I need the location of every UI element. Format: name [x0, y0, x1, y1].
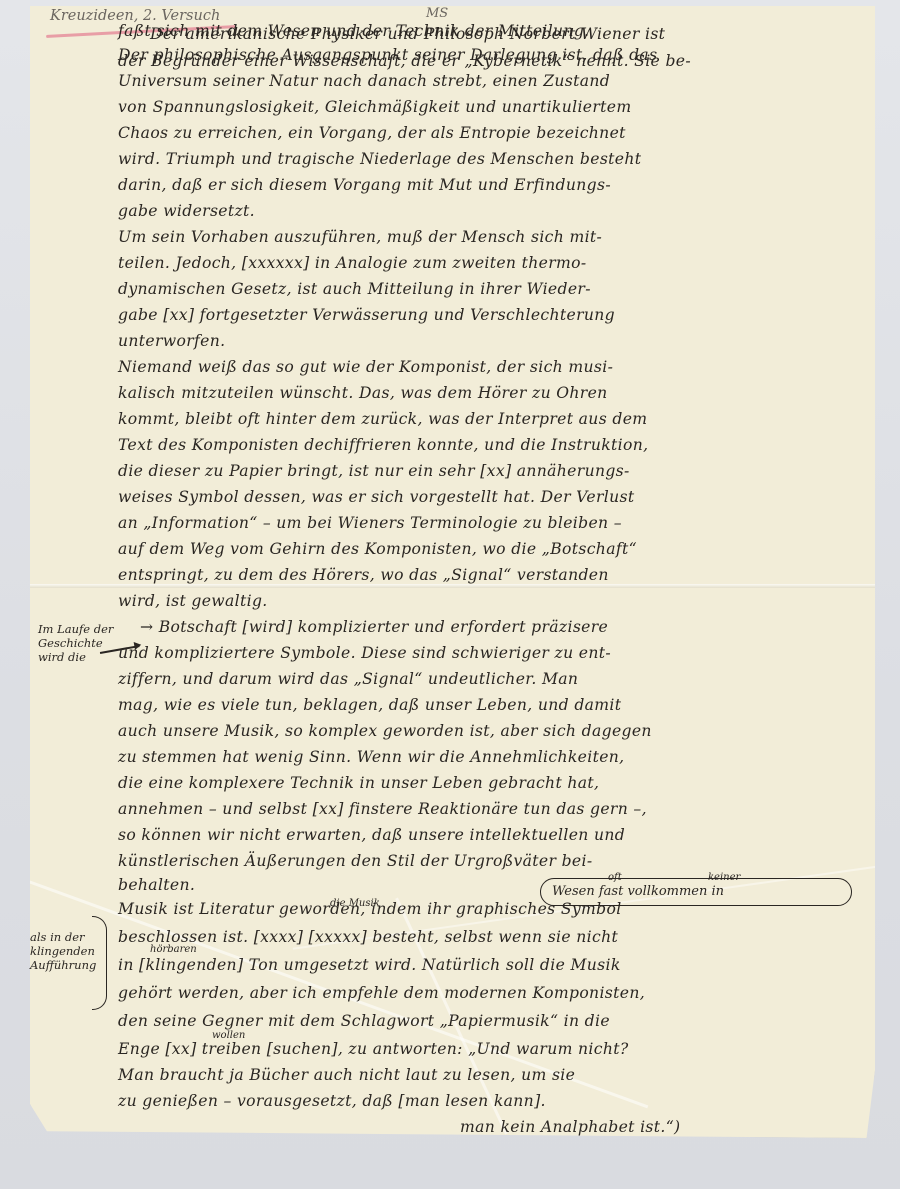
text-line: Der philosophische Ausgangspunkt seiner …	[118, 46, 657, 64]
text-line: zu genießen – vorausgesetzt, daß [man le…	[118, 1092, 546, 1110]
text-line: kalisch mitzuteilen wünscht. Das, was de…	[118, 384, 608, 402]
text-line: von Spannungslosigkeit, Gleichmäßigkeit …	[118, 98, 632, 116]
text-line: unterworfen.	[118, 332, 225, 350]
insertion-wollen: wollen	[212, 1030, 245, 1041]
text-line: künstlerischen Äußerungen den Stil der U…	[118, 852, 592, 870]
text-line: und kompliziertere Symbole. Diese sind s…	[118, 644, 611, 662]
text-line: Enge [xx] treiben [suchen], zu antworten…	[118, 1040, 629, 1058]
insertion-keiner: keiner	[708, 872, 740, 883]
text-line: gabe widersetzt.	[118, 202, 255, 220]
text-line: darin, daß er sich diesem Vorgang mit Mu…	[118, 176, 611, 194]
text-line: an „Information“ – um bei Wieners Termin…	[118, 514, 622, 532]
text-line: die dieser zu Papier bringt, ist nur ein…	[118, 462, 630, 480]
insertion-die-musik: die Musik	[330, 898, 380, 909]
text-line: Chaos zu erreichen, ein Vorgang, der als…	[118, 124, 626, 142]
insertion-text: Wesen fast vollkommen in	[552, 884, 724, 899]
text-line: in [klingenden] Ton umgesetzt wird. Natü…	[118, 956, 621, 974]
text-line: teilen. Jedoch, [xxxxxx] in Analogie zum…	[118, 254, 587, 272]
insertion-oft: oft	[608, 872, 622, 883]
text-line: zu stemmen hat wenig Sinn. Wenn wir die …	[118, 748, 625, 766]
text-line: die eine komplexere Technik in unser Leb…	[118, 774, 599, 792]
text-line: wird, ist gewaltig.	[118, 592, 268, 610]
text-line: auf dem Weg vom Gehirn des Komponisten, …	[118, 540, 637, 558]
text-line: ziffern, und darum wird das „Signal“ und…	[118, 670, 578, 688]
text-line: Niemand weiß das so gut wie der Komponis…	[118, 358, 613, 376]
text-line: gabe [xx] fortgesetzter Verwässerung und…	[118, 306, 615, 324]
text-line: gehört werden, aber ich empfehle dem mod…	[118, 984, 645, 1002]
text-line: weises Symbol dessen, was er sich vorges…	[118, 488, 634, 506]
text-line: dynamischen Gesetz, ist auch Mitteilung …	[118, 280, 591, 298]
archive-mark: MS	[426, 6, 448, 21]
margin-note-history: Im Laufe der Geschichte wird die	[38, 622, 116, 664]
text-line: auch unsere Musik, so komplex geworden i…	[118, 722, 652, 740]
text-line: Universum seiner Natur nach danach streb…	[118, 72, 610, 90]
margin-brace	[92, 916, 107, 1010]
text-line: faßt sich mit dem Wesen und der Technik …	[118, 22, 589, 40]
text-line: Man braucht ja Bücher auch nicht laut zu…	[118, 1066, 575, 1084]
text-line: den seine Gegner mit dem Schlagwort „Pap…	[118, 1012, 610, 1030]
text-line: Text des Komponisten dechiffrieren konnt…	[118, 436, 648, 454]
text-line: annehmen – und selbst [xx] finstere Reak…	[118, 800, 647, 818]
text-line: entspringt, zu dem des Hörers, wo das „S…	[118, 566, 609, 584]
insertion-hoerbaren: hörbaren	[150, 944, 197, 955]
margin-note-playing: als in der klingenden Aufführung	[30, 930, 98, 972]
text-line: so können wir nicht erwarten, daß unsere…	[118, 826, 625, 844]
text-line: → Botschaft [wird] komplizierter und erf…	[140, 618, 608, 636]
text-line: behalten.	[118, 876, 195, 894]
closing-line: man kein Analphabet ist.“)	[460, 1118, 680, 1136]
text-line: kommt, bleibt oft hinter dem zurück, was…	[118, 410, 647, 428]
text-line: mag, wie es viele tun, beklagen, daß uns…	[118, 696, 621, 714]
text-line: wird. Triumph und tragische Niederlage d…	[118, 150, 641, 168]
text-line: Um sein Vorhaben auszuführen, muß der Me…	[118, 228, 602, 246]
